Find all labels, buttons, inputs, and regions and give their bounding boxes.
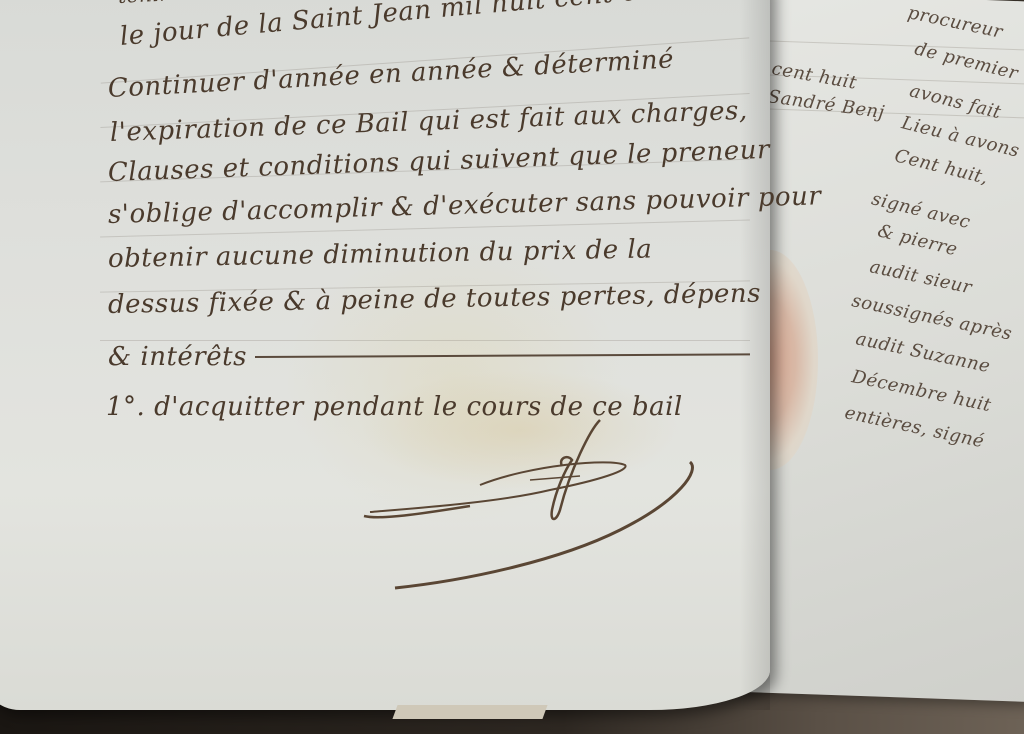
signature-flourish <box>360 410 700 590</box>
handwritten-line: & intérêts <box>108 342 247 372</box>
manuscript-photo: cent huit Sandré Benj procureur de premi… <box>0 0 1024 734</box>
page-fold-tab <box>392 705 547 719</box>
ruled-line <box>100 340 750 341</box>
